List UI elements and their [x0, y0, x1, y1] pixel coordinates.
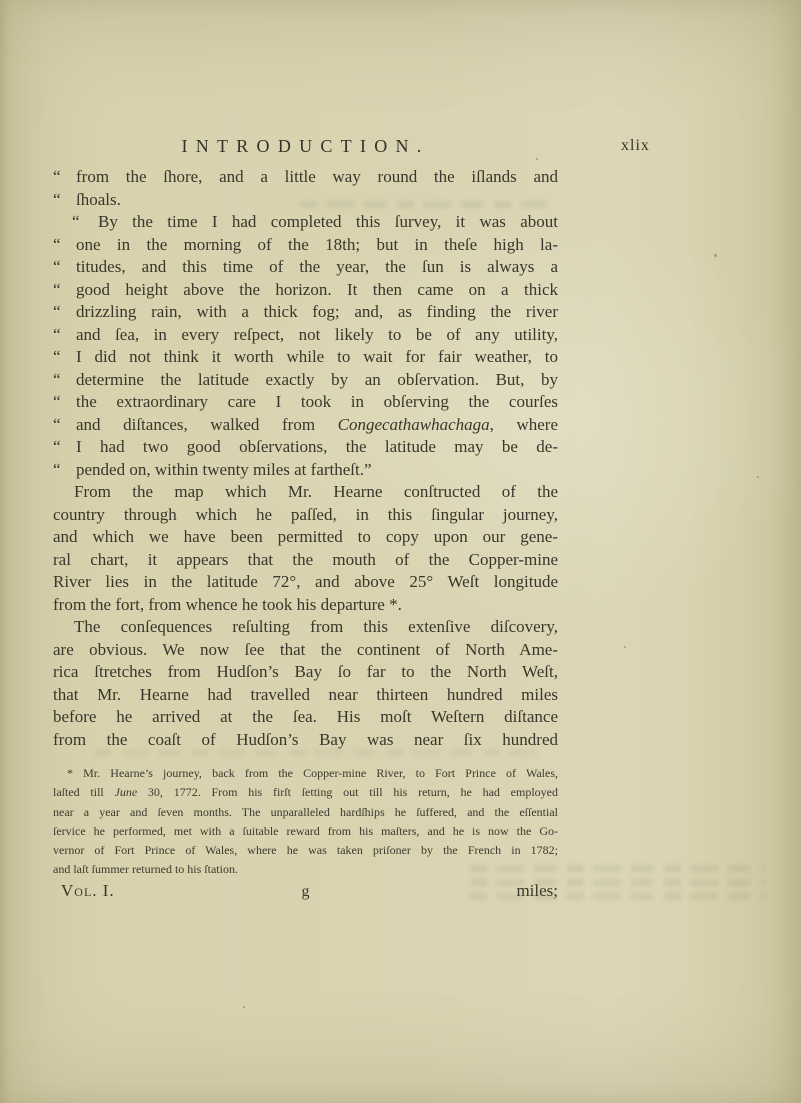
paper-speck: [757, 476, 759, 478]
text-line: “the extraordinary care I took in obſerv…: [53, 391, 558, 414]
month-italic: June: [115, 785, 138, 799]
quote-mark: “: [72, 211, 80, 234]
text-line: “titudes, and this time of the year, the…: [53, 256, 558, 279]
quote-mark: “: [53, 346, 61, 369]
text-line: The conſequences reſulting from this ext…: [53, 616, 558, 639]
paper-speck: [243, 1006, 245, 1008]
quote-mark: “: [53, 234, 61, 257]
text-line: “one in the morning of the 18th; but in …: [53, 234, 558, 257]
text-line: “By the time I had completed this ſurvey…: [53, 211, 558, 234]
text-line: country through which he paſſed, in this…: [53, 504, 558, 527]
paper-speck: [714, 254, 717, 257]
text-line: “and diſtances, walked from Congecathawh…: [53, 414, 558, 437]
quote-mark: “: [53, 256, 61, 279]
quote-mark: “: [53, 324, 61, 347]
text-line: “I did not think it worth while to wait …: [53, 346, 558, 369]
footnote-line: and laſt ſummer returned to his ſtation.: [53, 860, 558, 879]
text-line: “drizzling rain, with a thick fog; and, …: [53, 301, 558, 324]
main-text: “from the ſhore, and a little way round …: [53, 166, 558, 751]
quote-mark: “: [53, 414, 61, 437]
text-line: “from the ſhore, and a little way round …: [53, 166, 558, 189]
footnote-line: laſted till June 30, 1772. From his firſ…: [53, 783, 558, 802]
text-line: from the fort, from whence he took his d…: [53, 594, 558, 617]
text-line: are obvious. We now ſee that the contine…: [53, 639, 558, 662]
footnote-line: * Mr. Hearne’s journey, back from the Co…: [53, 764, 558, 783]
text-line: ral chart, it appears that the mouth of …: [53, 549, 558, 572]
text-line: from the coaſt of Hudſon’s Bay was near …: [53, 729, 558, 752]
text-line: “pended on, within twenty miles at farth…: [53, 459, 558, 482]
paper-speck: [624, 646, 626, 648]
text-line: “ſhoals.: [53, 189, 558, 212]
volume-label: Vol. I.: [61, 881, 115, 901]
quote-mark: “: [53, 369, 61, 392]
text-line: “good height above the horizon. It then …: [53, 279, 558, 302]
text-line: and which we have been permitted to copy…: [53, 526, 558, 549]
page-header-title: INTRODUCTION.: [53, 136, 558, 157]
quote-mark: “: [53, 459, 61, 482]
quote-mark: “: [53, 391, 61, 414]
text-line: before he arrived at the ſea. His moſt W…: [53, 706, 558, 729]
signature-mark: g: [302, 883, 310, 901]
text-line: River lies in the latitude 72°, and abov…: [53, 571, 558, 594]
text-line: From the map which Mr. Hearne conſtructe…: [53, 481, 558, 504]
text-line: that Mr. Hearne had travelled near thirt…: [53, 684, 558, 707]
quote-mark: “: [53, 189, 61, 212]
quote-mark: “: [53, 166, 61, 189]
footnote-line: vernor of Fort Prince of Wales, where he…: [53, 841, 558, 860]
text-line: “determine the latitude exactly by an ob…: [53, 369, 558, 392]
footnote-line: ſervice he performed, met with a ſuitabl…: [53, 822, 558, 841]
text-line: “I had two good obſervations, the latitu…: [53, 436, 558, 459]
text-line: rica ſtretches from Hudſon’s Bay ſo far …: [53, 661, 558, 684]
place-name-italic: Congecathawhachaga: [338, 415, 490, 434]
quote-mark: “: [53, 301, 61, 324]
page-header: INTRODUCTION. xlix: [53, 136, 558, 162]
page-footer: Vol. I. g miles;: [53, 881, 558, 903]
footnote: * Mr. Hearne’s journey, back from the Co…: [53, 764, 558, 880]
text-line: “and ſea, in every reſpect, not likely t…: [53, 324, 558, 347]
page-number: xlix: [621, 137, 650, 155]
catchword: miles;: [516, 881, 558, 901]
quote-mark: “: [53, 436, 61, 459]
footnote-line: near a year and ſeven months. The unpara…: [53, 803, 558, 822]
quote-mark: “: [53, 279, 61, 302]
book-page: INTRODUCTION. xlix “from the ſhore, and …: [0, 0, 801, 1103]
